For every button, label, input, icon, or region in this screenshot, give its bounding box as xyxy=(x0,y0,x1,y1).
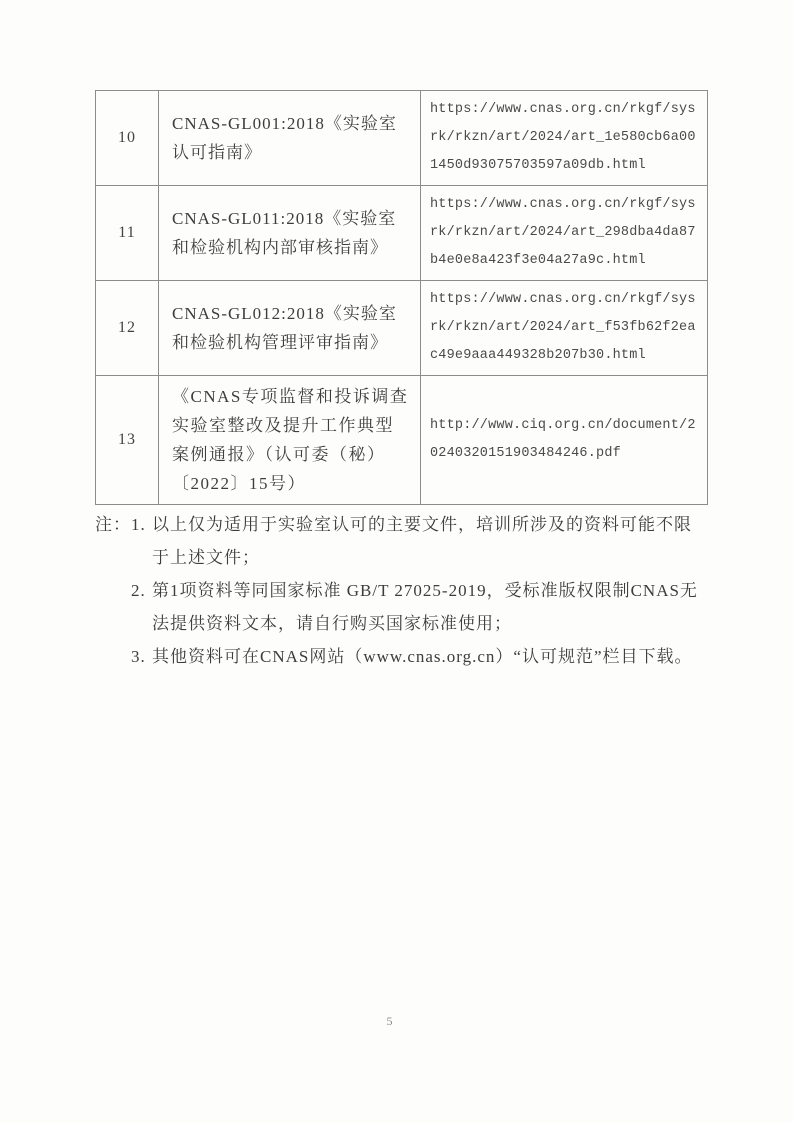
table-row: 10 CNAS-GL001:2018《实验室认可指南》 https://www.… xyxy=(96,91,708,186)
page-number: 5 xyxy=(0,1014,780,1029)
row-number: 10 xyxy=(96,91,159,186)
note-text: 以上仅为适用于实验室认可的主要文件，培训所涉及的资料可能不限于上述文件； xyxy=(152,508,700,574)
note-text: 其他资料可在CNAS网站（www.cnas.org.cn）“认可规范”栏目下载。 xyxy=(152,640,700,673)
table-row: 11 CNAS-GL011:2018《实验室和检验机构内部审核指南》 https… xyxy=(96,186,708,281)
note-number: 2. xyxy=(131,574,152,607)
document-title: 《CNAS专项监督和投诉调查实验室整改及提升工作典型案例通报》（认可委（秘）〔2… xyxy=(159,376,421,505)
notes-label: 注： xyxy=(95,508,131,541)
reference-documents-table: 10 CNAS-GL001:2018《实验室认可指南》 https://www.… xyxy=(95,90,708,505)
note-item: 3. 其他资料可在CNAS网站（www.cnas.org.cn）“认可规范”栏目… xyxy=(131,640,700,673)
document-title: CNAS-GL011:2018《实验室和检验机构内部审核指南》 xyxy=(159,186,421,281)
table-row: 13 《CNAS专项监督和投诉调查实验室整改及提升工作典型案例通报》（认可委（秘… xyxy=(96,376,708,505)
document-url: https://www.cnas.org.cn/rkgf/sysrk/rkzn/… xyxy=(421,186,708,281)
notes-list: 1. 以上仅为适用于实验室认可的主要文件，培训所涉及的资料可能不限于上述文件； … xyxy=(131,508,700,673)
table-row: 12 CNAS-GL012:2018《实验室和检验机构管理评审指南》 https… xyxy=(96,281,708,376)
document-title: CNAS-GL012:2018《实验室和检验机构管理评审指南》 xyxy=(159,281,421,376)
note-number: 1. xyxy=(131,508,152,541)
note-number: 3. xyxy=(131,640,152,673)
note-item: 1. 以上仅为适用于实验室认可的主要文件，培训所涉及的资料可能不限于上述文件； xyxy=(131,508,700,574)
document-page: 10 CNAS-GL001:2018《实验室认可指南》 https://www.… xyxy=(0,0,793,1123)
document-url: https://www.cnas.org.cn/rkgf/sysrk/rkzn/… xyxy=(421,281,708,376)
row-number: 13 xyxy=(96,376,159,505)
row-number: 12 xyxy=(96,281,159,376)
row-number: 11 xyxy=(96,186,159,281)
note-text: 第1项资料等同国家标准 GB/T 27025-2019，受标准版权限制CNAS无… xyxy=(152,574,700,640)
note-item: 2. 第1项资料等同国家标准 GB/T 27025-2019，受标准版权限制CN… xyxy=(131,574,700,640)
document-url: http://www.ciq.org.cn/document/202403201… xyxy=(421,376,708,505)
document-url: https://www.cnas.org.cn/rkgf/sysrk/rkzn/… xyxy=(421,91,708,186)
document-title: CNAS-GL001:2018《实验室认可指南》 xyxy=(159,91,421,186)
notes-section: 注： 1. 以上仅为适用于实验室认可的主要文件，培训所涉及的资料可能不限于上述文… xyxy=(95,508,700,673)
